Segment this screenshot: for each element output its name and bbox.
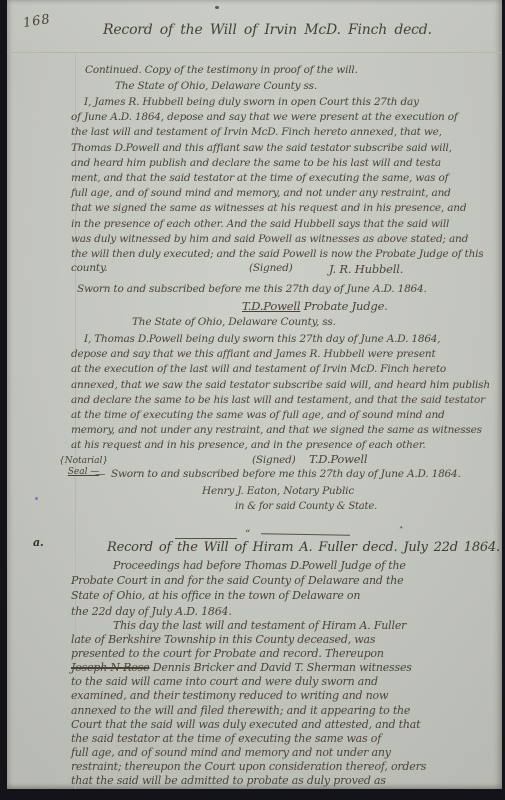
- purple-speck: [35, 497, 38, 500]
- text-line: Thomas D.Powell and this affiant saw the…: [71, 141, 497, 156]
- caret-ink-mark: ˄: [399, 527, 403, 537]
- text-line: examined, and their testimony reduced to…: [71, 689, 499, 703]
- text-line: presented to the court for Probate and r…: [71, 647, 499, 661]
- sig-left-text: county.: [71, 262, 107, 274]
- section1-title: Record of the Will of Irvin McD. Finch d…: [103, 22, 432, 38]
- witnesses-names: Dennis Bricker and David T. Sherman witn…: [149, 661, 411, 674]
- powell-signature-2: T.D.Powell: [309, 452, 367, 466]
- continued-line: Continued. Copy of the testimony in proo…: [85, 64, 358, 76]
- notary-signature: Henry J. Eaton, Notary Public: [202, 485, 354, 497]
- affidavit-powell: I, Thomas D.Powell being duly sworn this…: [71, 332, 497, 454]
- text-line: memory, and not under any restraint, and…: [71, 423, 497, 438]
- divider-quote-mark: “: [245, 529, 250, 540]
- signature-row-hubbell: county. (Signed) J. R. Hubbell.: [71, 262, 497, 277]
- text-line: the will then duly executed; and the sai…: [71, 247, 497, 262]
- signed-label: (Signed): [252, 454, 296, 466]
- text-line: depose and say that we this affiant and …: [71, 347, 497, 362]
- ledger-page: 168 Record of the Will of Irvin McD. Fin…: [7, 0, 502, 789]
- text-line: full age, and of sound mind and memory, …: [71, 186, 497, 201]
- affidavit-hubbell-lines: I, James R. Hubbell being duly sworn in …: [71, 95, 497, 262]
- jurisdiction-line-1: The State of Ohio, Delaware County ss.: [115, 80, 317, 92]
- text-line: restraint; thereupon the Court upon cons…: [71, 760, 499, 774]
- powell-signature: T.D.Powell: [242, 299, 300, 313]
- text-line: late of Berkshire Township in this Count…: [71, 633, 499, 647]
- text-line: at the time of executing the same was of…: [71, 408, 497, 423]
- judge-title: Probate Judge.: [304, 299, 388, 313]
- text-line: in the presence of each other. And the s…: [71, 217, 497, 232]
- divider-line-left: [175, 538, 237, 539]
- sworn-line-1: Sworn to and subscribed before me this 2…: [77, 283, 427, 295]
- text-line: that we signed the same as witnesses at …: [71, 201, 497, 216]
- margin-ink-mark: a.: [33, 536, 44, 549]
- text-line: State of Ohio, at his office in the town…: [71, 588, 497, 603]
- text-line: annexed to the will and filed therewith;…: [71, 704, 499, 718]
- proceedings-paragraph: Proceedings had before Thomas D.Powell J…: [71, 558, 497, 619]
- page-number: 168: [22, 12, 52, 31]
- ink-speck: [215, 6, 219, 9]
- text-line: and heard him publish and declare the sa…: [71, 156, 497, 171]
- struck-name: Joseph N Rose: [71, 661, 149, 674]
- probate-order-paragraph: This day the last will and testament of …: [71, 619, 499, 788]
- text-line: and declare the same to be his last will…: [71, 393, 497, 408]
- seal-note-line1: {Notarial}: [59, 456, 108, 467]
- text-line: I, Thomas D.Powell being duly sworn this…: [71, 332, 497, 347]
- jurisdiction-line-2: The State of Ohio, Delaware County, ss.: [132, 316, 336, 328]
- text-line: annexed, that we saw the said testator s…: [71, 378, 497, 393]
- text-line: Proceedings had before Thomas D.Powell J…: [71, 558, 497, 573]
- notary-line-2: in & for said County & State.: [235, 501, 377, 512]
- text-line: of June A.D. 1864, depose and say that w…: [71, 110, 497, 125]
- sworn-line-2: Sworn to and subscribed before me this 2…: [111, 468, 461, 480]
- header-rule: [7, 52, 502, 53]
- section2-title: Record of the Will of Hiram A. Fuller de…: [107, 540, 500, 555]
- order-lines-a: This day the last will and testament of …: [71, 619, 499, 661]
- text-line: the last will and testament of Irvin McD…: [71, 125, 497, 140]
- text-line: I, James R. Hubbell being duly sworn in …: [71, 95, 497, 110]
- text-line: the said testator at the time of executi…: [71, 732, 499, 746]
- hubbell-signature: J. R. Hubbell.: [329, 262, 403, 276]
- order-lines-b: to the said will came into court and wer…: [71, 675, 499, 788]
- text-line: at the execution of the last will and te…: [71, 362, 497, 377]
- affidavit-powell-lines: I, Thomas D.Powell being duly sworn this…: [71, 332, 497, 454]
- text-line: Court that the said will was duly execut…: [71, 718, 499, 732]
- witnesses-line: Joseph N Rose Dennis Bricker and David T…: [71, 661, 499, 675]
- judge-signature-line: T.D.Powell Probate Judge.: [242, 299, 388, 313]
- text-line: This day the last will and testament of …: [71, 619, 499, 633]
- text-line: to the said will came into court and wer…: [71, 675, 499, 689]
- text-line: was duly witnessed by him and said Powel…: [71, 232, 497, 247]
- signed-label: (Signed): [249, 262, 293, 274]
- photo-of-ledger-page: 168 Record of the Will of Irvin McD. Fin…: [0, 0, 505, 800]
- affidavit-hubbell: I, James R. Hubbell being duly sworn in …: [71, 95, 497, 277]
- signature-row-powell: (Signed) T.D.Powell: [252, 452, 367, 466]
- text-line: Probate Court in and for the said County…: [71, 573, 497, 588]
- divider-line-right: [261, 533, 350, 536]
- proceedings-lines: Proceedings had before Thomas D.Powell J…: [71, 558, 497, 619]
- text-line: full age, and of sound mind and memory a…: [71, 746, 499, 760]
- section-divider: “: [175, 538, 350, 539]
- text-line: ment, and that the said testator at the …: [71, 171, 497, 186]
- dash-mark: —: [95, 468, 105, 480]
- text-line: that the said will be admitted to probat…: [71, 774, 499, 788]
- text-line: the 22d day of July A.D. 1864.: [71, 604, 497, 619]
